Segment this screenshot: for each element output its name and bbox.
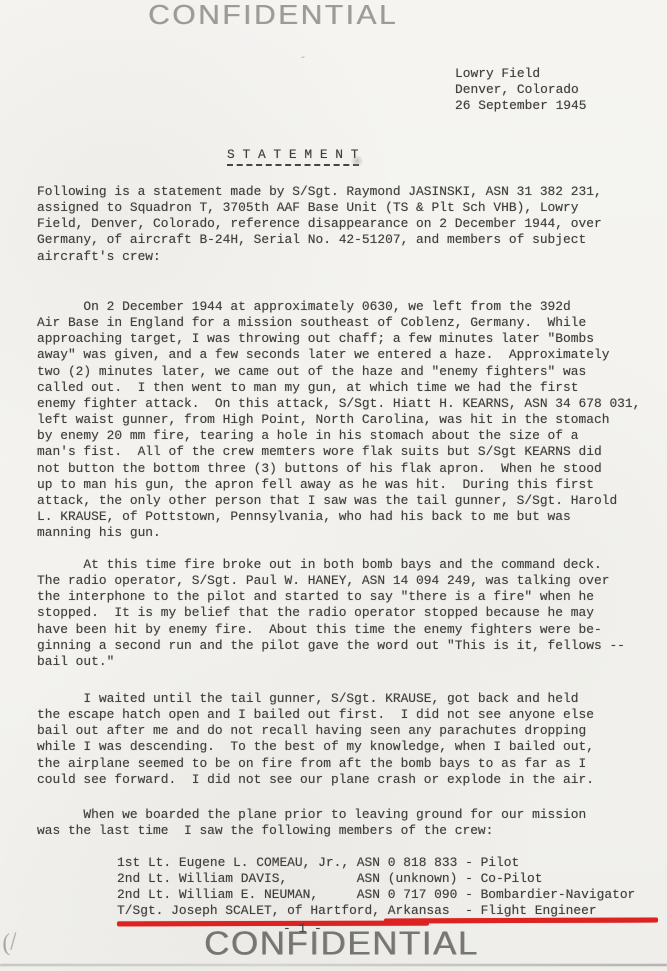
paragraph-crew-intro: When we boarded the plane prior to leavi…: [37, 807, 586, 839]
red-underline-annotation-right: [384, 917, 658, 923]
paragraph-bailout: I waited until the tail gunner, S/Sgt. K…: [37, 691, 594, 788]
paragraph-mission-attack: On 2 December 1944 at approximately 0630…: [37, 299, 640, 541]
stray-pencil-dash: -: [298, 51, 308, 65]
paragraph-intro: Following is a statement made by S/Sgt. …: [37, 184, 602, 265]
scan-smudge: [350, 155, 364, 167]
pencil-mark: (/: [0, 929, 19, 958]
page-number: - 1 -: [283, 921, 322, 937]
confidential-stamp-bottom: CONFIDENTIAL: [204, 925, 479, 963]
document-title: S T A T E M E N T: [227, 147, 359, 166]
paragraph-fire: At this time fire broke out in both bomb…: [37, 557, 625, 670]
scan-edge-shadow: [0, 964, 667, 966]
scanned-document-page: CONFIDENTIAL - Lowry Field Denver, Color…: [0, 0, 667, 971]
crew-list: 1st Lt. Eugene L. COMEAU, Jr., ASN 0 818…: [117, 855, 635, 920]
confidential-stamp-top: CONFIDENTIAL: [148, 0, 398, 31]
letterhead-location-date: Lowry Field Denver, Colorado 26 Septembe…: [455, 66, 587, 114]
